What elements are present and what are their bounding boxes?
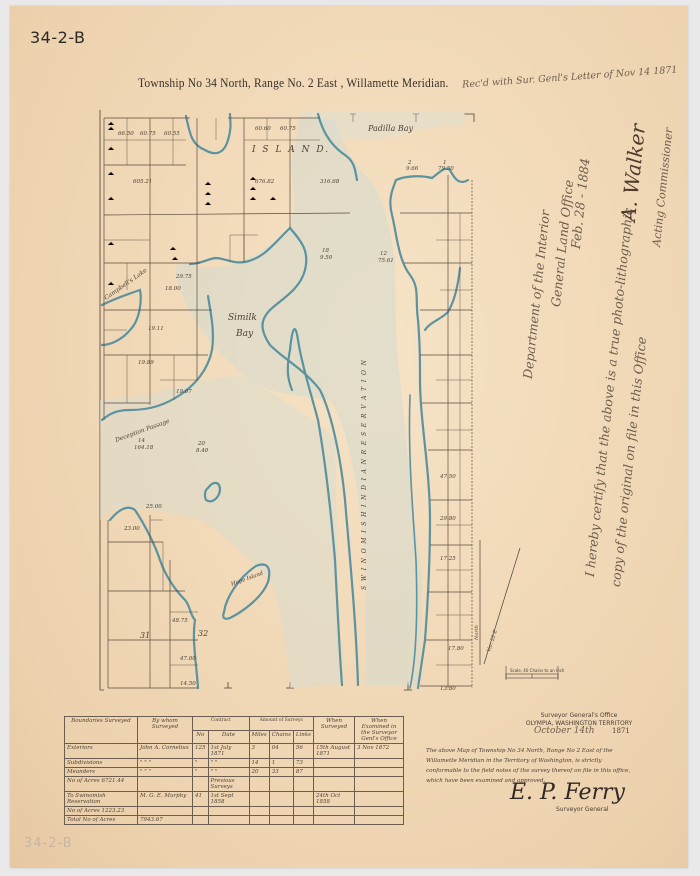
col-boundaries: Boundaries Surveyed [65, 717, 138, 744]
reservation-label: S W I N O M I S H I N D I A N R E S E R … [361, 359, 368, 590]
svg-text:19.11: 19.11 [148, 326, 164, 332]
table-row: Subdivisions" " """ "14173 [65, 759, 404, 768]
north-label: North [474, 625, 480, 641]
similk-bay-label-2: Bay [235, 329, 254, 339]
col-contract-no: No [193, 730, 209, 744]
svg-text:60.75: 60.75 [140, 131, 156, 137]
svg-text:18: 18 [322, 248, 329, 254]
section-31-label: 31 [140, 631, 150, 640]
padilla-bay-label: Padilla Bay [367, 124, 414, 133]
svg-text:60.60: 60.60 [255, 126, 271, 132]
svg-text:164.18: 164.18 [134, 445, 154, 451]
col-chains: Chains [269, 730, 293, 744]
svg-text:48.75: 48.75 [171, 618, 188, 624]
table-row: No of Acres 1223.23 [65, 807, 404, 816]
declination-label: Var. 22 E [486, 629, 499, 653]
col-when-surveyed: When Surveyed [314, 717, 355, 744]
svg-text:19.07: 19.07 [176, 389, 192, 395]
svg-text:676.82: 676.82 [255, 179, 275, 185]
table-row: ExteriorsJohn A. Cornelius1251st July 18… [65, 744, 404, 759]
scale-label: Scale, 40 Chains to an Inch [510, 668, 564, 673]
sg-year: 1871 [612, 727, 630, 735]
svg-text:17.25: 17.25 [440, 556, 456, 562]
pencil-sheet-note: 34-2-B [24, 836, 73, 851]
col-links: Links [293, 730, 313, 744]
svg-text:605.21: 605.21 [133, 179, 152, 185]
svg-text:47.00: 47.00 [179, 656, 196, 662]
survey-table: Boundaries Surveyed By whom Surveyed Con… [64, 716, 404, 825]
svg-text:79.50: 79.50 [438, 166, 454, 172]
surveyor-general-title: Surveyor General [556, 806, 609, 813]
svg-text:12: 12 [380, 251, 387, 257]
svg-text:17.80: 17.80 [448, 646, 464, 652]
col-when-examined: When Examined in the Surveyor Genl's Off… [355, 717, 404, 744]
sg-office-name: Surveyor General's Office [524, 712, 634, 720]
similk-bay-label: Similk [228, 313, 257, 323]
col-contract: Contract [193, 717, 250, 731]
svg-text:9.50: 9.50 [320, 255, 333, 261]
surveyor-general-signature: E. P. Ferry [510, 780, 625, 805]
svg-text:60.55: 60.55 [164, 131, 180, 137]
svg-text:66.50: 66.50 [118, 131, 134, 137]
section-32-label: 32 [198, 629, 208, 638]
table-row: To Swinomish ReservationM. G. E. Murphy4… [65, 792, 404, 807]
col-amount: Amount of Surveys [249, 717, 314, 731]
table-row: Meanders" " """ "203387 [65, 768, 404, 777]
table-row: Total No of Acres7943.67 [65, 816, 404, 825]
svg-text:29.75: 29.75 [175, 274, 192, 280]
svg-text:20: 20 [197, 441, 205, 447]
svg-text:13.80: 13.80 [440, 686, 456, 692]
col-contract-date: Date [208, 730, 249, 744]
svg-text:19.89: 19.89 [138, 360, 154, 366]
svg-text:18.00: 18.00 [165, 286, 181, 292]
svg-text:47.50: 47.50 [439, 474, 456, 480]
svg-text:316.68: 316.68 [320, 179, 340, 185]
table-row: No of Acres 6721.44Previous Surveys [65, 777, 404, 792]
svg-text:60.75: 60.75 [280, 126, 296, 132]
svg-text:14: 14 [138, 438, 145, 444]
svg-text:8.40: 8.40 [196, 448, 209, 454]
col-by-whom: By whom Surveyed [138, 717, 193, 744]
sg-date: October 14th [534, 726, 595, 736]
svg-text:75.61: 75.61 [378, 258, 394, 264]
svg-text:9.66: 9.66 [406, 166, 419, 172]
svg-text:23.00: 23.00 [123, 526, 140, 532]
island-label: I S L A N D. [251, 145, 330, 155]
svg-text:25.00: 25.00 [145, 504, 162, 510]
col-miles: Miles [249, 730, 269, 744]
svg-text:29.80: 29.80 [439, 516, 456, 522]
svg-text:14.50: 14.50 [180, 681, 196, 687]
